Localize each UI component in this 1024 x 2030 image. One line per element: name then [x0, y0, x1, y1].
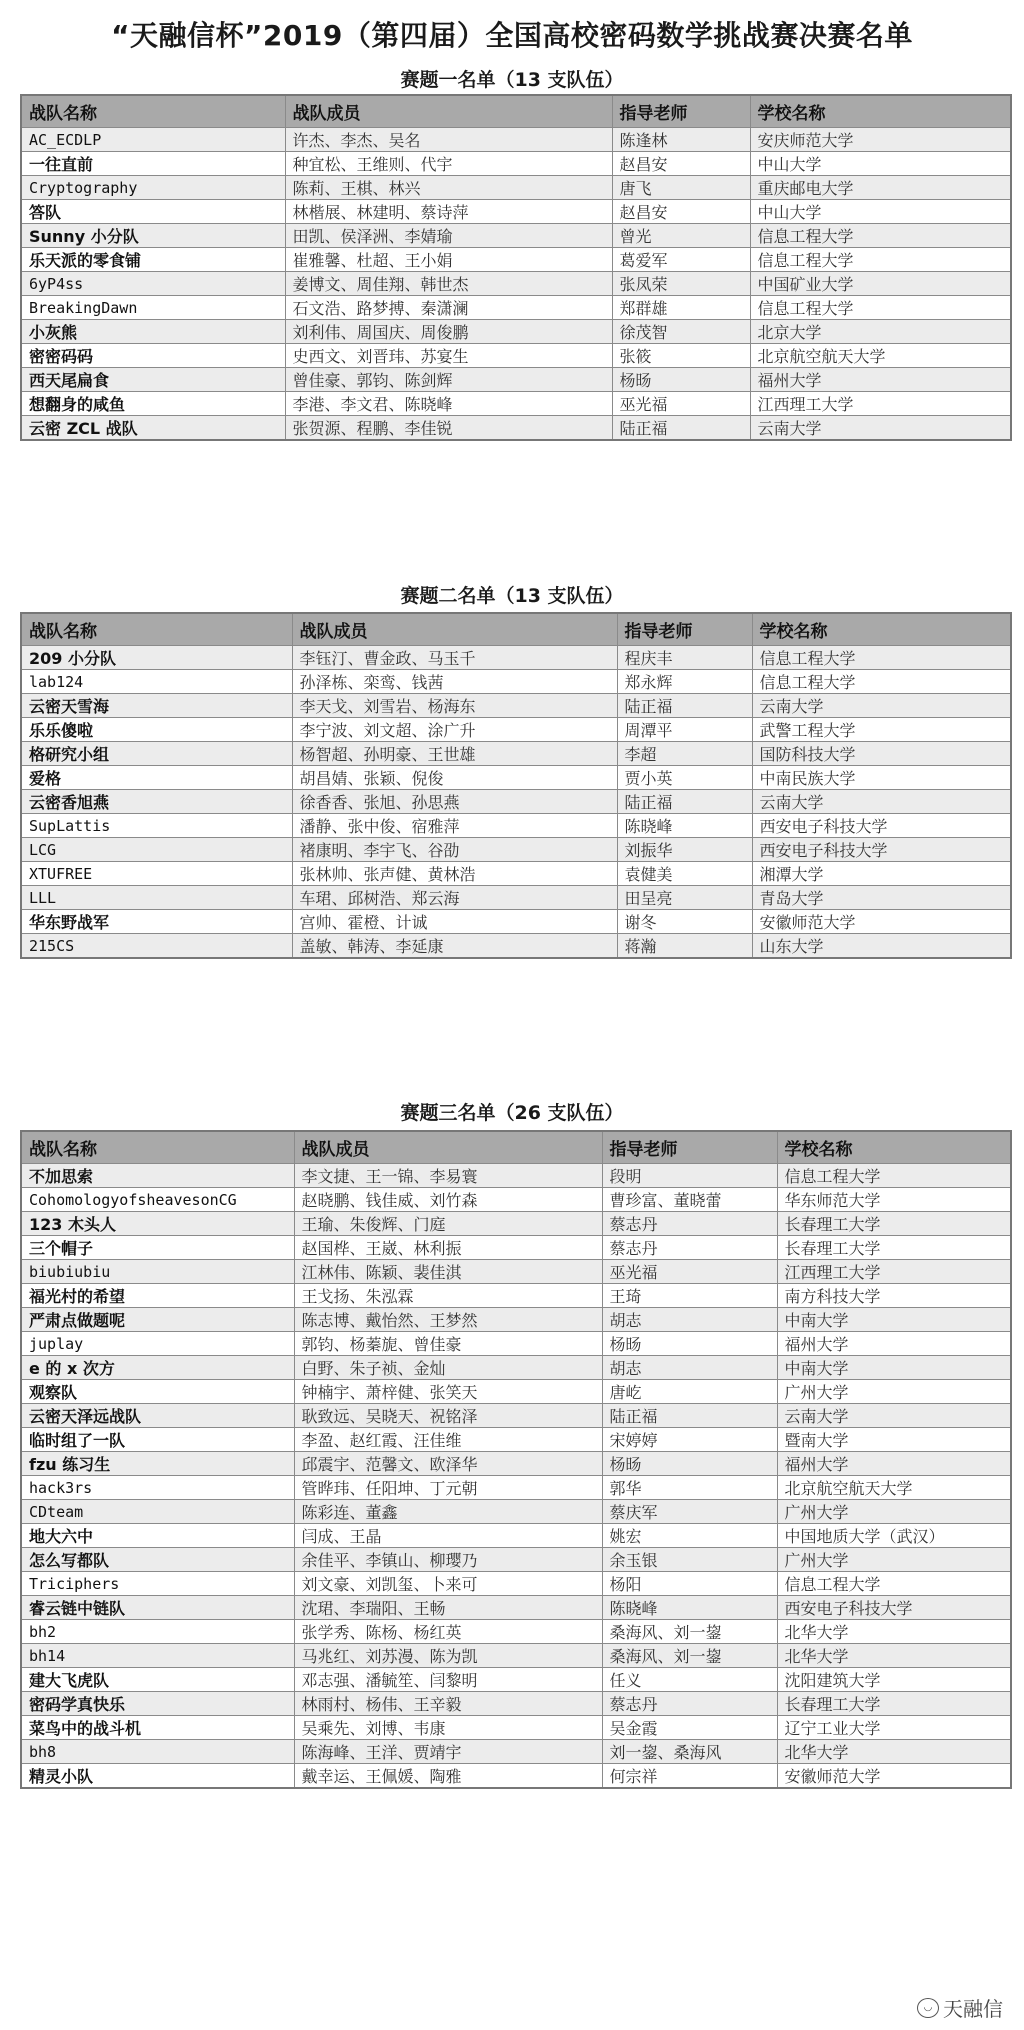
roster-table-1: 战队名称战队成员指导老师学校名称AC_ECDLP许杰、李杰、吴名陈逢林安庆师范大… — [20, 94, 1012, 441]
cell-team-name: 乐乐傻啦 — [21, 718, 292, 742]
cell-advisor: 曹珍富、董晓蕾 — [602, 1188, 777, 1212]
cell-team-name: Sunny 小分队 — [21, 224, 285, 248]
watermark-text: 天融信 — [943, 1993, 1003, 2022]
cell-advisor: 赵昌安 — [612, 152, 750, 176]
cell-advisor: 赵昌安 — [612, 200, 750, 224]
cell-school: 信息工程大学 — [750, 248, 1011, 272]
cell-advisor: 陆正福 — [612, 416, 750, 441]
table-row: 一往直前种宜松、王维则、代宇赵昌安中山大学 — [21, 152, 1011, 176]
cell-team-members: 张学秀、陈杨、杨红英 — [294, 1620, 602, 1644]
cell-team-members: 白野、朱子祯、金灿 — [294, 1356, 602, 1380]
cell-advisor: 刘振华 — [617, 838, 752, 862]
cell-team-name: bh2 — [21, 1620, 294, 1644]
cell-advisor: 巫光福 — [602, 1260, 777, 1284]
cell-school: 青岛大学 — [752, 886, 1011, 910]
table-row: 严肃点做题呢陈志博、戴怡然、王梦然胡志中南大学 — [21, 1308, 1011, 1332]
cell-school: 国防科技大学 — [752, 742, 1011, 766]
wechat-icon: ◡ — [917, 1998, 939, 2018]
cell-team-name: 观察队 — [21, 1380, 294, 1404]
cell-school: 江西理工大学 — [750, 392, 1011, 416]
cell-advisor: 程庆丰 — [617, 646, 752, 670]
cell-team-members: 郭钧、杨蓁旎、曾佳豪 — [294, 1332, 602, 1356]
cell-team-name: Triciphers — [21, 1572, 294, 1596]
cell-school: 云南大学 — [752, 694, 1011, 718]
cell-school: 西安电子科技大学 — [752, 838, 1011, 862]
cell-team-members: 林楷展、林建明、蔡诗萍 — [285, 200, 612, 224]
cell-advisor: 张凤荣 — [612, 272, 750, 296]
table-row: AC_ECDLP许杰、李杰、吴名陈逢林安庆师范大学 — [21, 128, 1011, 152]
column-header-school: 学校名称 — [750, 95, 1011, 128]
cell-team-name: 福光村的希望 — [21, 1284, 294, 1308]
cell-team-name: 6yP4ss — [21, 272, 285, 296]
cell-advisor: 陆正福 — [602, 1404, 777, 1428]
cell-team-name: XTUFREE — [21, 862, 292, 886]
cell-team-members: 林雨村、杨伟、王辛毅 — [294, 1692, 602, 1716]
table-row: 小灰熊刘利伟、周国庆、周俊鹏徐茂智北京大学 — [21, 320, 1011, 344]
cell-team-name: 睿云链中链队 — [21, 1596, 294, 1620]
cell-school: 暨南大学 — [777, 1428, 1011, 1452]
table-row: 6yP4ss姜博文、周佳翔、韩世杰张凤荣中国矿业大学 — [21, 272, 1011, 296]
column-header-school: 学校名称 — [777, 1131, 1011, 1164]
cell-team-members: 杨智超、孙明豪、王世雄 — [292, 742, 617, 766]
table-row: 215CS盖敏、韩涛、李延康蒋瀚山东大学 — [21, 934, 1011, 959]
cell-team-name: 123 木头人 — [21, 1212, 294, 1236]
cell-team-name: 答队 — [21, 200, 285, 224]
cell-school: 北京航空航天大学 — [750, 344, 1011, 368]
table-row: 福光村的希望王戈扬、朱泓霖王琦南方科技大学 — [21, 1284, 1011, 1308]
table-row: 想翻身的咸鱼李港、李文君、陈晓峰巫光福江西理工大学 — [21, 392, 1011, 416]
cell-school: 西安电子科技大学 — [752, 814, 1011, 838]
cell-team-members: 孙泽栋、栾鸾、钱茜 — [292, 670, 617, 694]
cell-team-members: 邓志强、潘毓笙、闫黎明 — [294, 1668, 602, 1692]
cell-school: 重庆邮电大学 — [750, 176, 1011, 200]
cell-advisor: 胡志 — [602, 1308, 777, 1332]
cell-team-name: 密密码码 — [21, 344, 285, 368]
table-header-row: 战队名称战队成员指导老师学校名称 — [21, 613, 1011, 646]
cell-team-members: 潘静、张中俊、宿雅萍 — [292, 814, 617, 838]
cell-team-name: 密码学真快乐 — [21, 1692, 294, 1716]
cell-school: 云南大学 — [750, 416, 1011, 441]
cell-advisor: 贾小英 — [617, 766, 752, 790]
table-row: bh2张学秀、陈杨、杨红英桑海风、刘一鋆北华大学 — [21, 1620, 1011, 1644]
cell-team-name: 西天尾扁食 — [21, 368, 285, 392]
cell-school: 安庆师范大学 — [750, 128, 1011, 152]
cell-advisor: 杨旸 — [602, 1332, 777, 1356]
cell-team-members: 陈志博、戴怡然、王梦然 — [294, 1308, 602, 1332]
table-header-row: 战队名称战队成员指导老师学校名称 — [21, 95, 1011, 128]
cell-advisor: 袁健美 — [617, 862, 752, 886]
cell-advisor: 蒋瀚 — [617, 934, 752, 959]
cell-team-members: 陈海峰、王洋、贾靖宇 — [294, 1740, 602, 1764]
cell-advisor: 郭华 — [602, 1476, 777, 1500]
table-row: 三个帽子赵国桦、王崴、林利振蔡志丹长春理工大学 — [21, 1236, 1011, 1260]
watermark: ◡ 天融信 — [914, 1993, 1006, 2022]
cell-team-members: 陈彩连、董鑫 — [294, 1500, 602, 1524]
cell-team-name: 怎么写都队 — [21, 1548, 294, 1572]
cell-team-name: 云密香旭燕 — [21, 790, 292, 814]
cell-school: 中南大学 — [777, 1308, 1011, 1332]
table-row: LCG褚康明、李宇飞、谷劭刘振华西安电子科技大学 — [21, 838, 1011, 862]
cell-advisor: 姚宏 — [602, 1524, 777, 1548]
cell-team-name: 精灵小队 — [21, 1764, 294, 1789]
cell-school: 安徽师范大学 — [777, 1764, 1011, 1789]
cell-team-name: CohomologyofsheavesonCG — [21, 1188, 294, 1212]
section-title-2: 赛题二名单（13 支队伍） — [0, 581, 1024, 608]
table-row: bh14马兆红、刘苏漫、陈为凯桑海风、刘一鋆北华大学 — [21, 1644, 1011, 1668]
cell-team-members: 盖敏、韩涛、李延康 — [292, 934, 617, 959]
table-row: BreakingDawn石文浩、路梦搏、秦潇澜郑群雄信息工程大学 — [21, 296, 1011, 320]
cell-advisor: 郑群雄 — [612, 296, 750, 320]
cell-team-name: LLL — [21, 886, 292, 910]
cell-team-name: 菜鸟中的战斗机 — [21, 1716, 294, 1740]
table-row: lab124孙泽栋、栾鸾、钱茜郑永辉信息工程大学 — [21, 670, 1011, 694]
column-header-advisor: 指导老师 — [602, 1131, 777, 1164]
cell-team-members: 吴乘先、刘博、韦康 — [294, 1716, 602, 1740]
cell-team-members: 余佳平、李镇山、柳璎乃 — [294, 1548, 602, 1572]
cell-school: 信息工程大学 — [752, 646, 1011, 670]
cell-school: 北华大学 — [777, 1740, 1011, 1764]
cell-school: 中山大学 — [750, 152, 1011, 176]
table-row: 地大六中闫成、王晶姚宏中国地质大学（武汉） — [21, 1524, 1011, 1548]
table-row: Cryptography陈莉、王棋、林兴唐飞重庆邮电大学 — [21, 176, 1011, 200]
table-row: hack3rs管晔玮、任阳坤、丁元朝郭华北京航空航天大学 — [21, 1476, 1011, 1500]
cell-team-name: 地大六中 — [21, 1524, 294, 1548]
table-row: 乐天派的零食铺崔雅馨、杜超、王小娟葛爱军信息工程大学 — [21, 248, 1011, 272]
table-row: 答队林楷展、林建明、蔡诗萍赵昌安中山大学 — [21, 200, 1011, 224]
cell-school: 沈阳建筑大学 — [777, 1668, 1011, 1692]
cell-team-members: 马兆红、刘苏漫、陈为凯 — [294, 1644, 602, 1668]
table-row: juplay郭钧、杨蓁旎、曾佳豪杨旸福州大学 — [21, 1332, 1011, 1356]
table-row: XTUFREE张林帅、张声健、黄林浩袁健美湘潭大学 — [21, 862, 1011, 886]
table-row: 乐乐傻啦李宁波、刘文超、涂广升周潭平武警工程大学 — [21, 718, 1011, 742]
page-title: “天融信杯”2019（第四届）全国高校密码数学挑战赛决赛名单 — [0, 14, 1024, 54]
cell-team-members: 王瑜、朱俊辉、门庭 — [294, 1212, 602, 1236]
cell-team-name: 爱格 — [21, 766, 292, 790]
cell-advisor: 任义 — [602, 1668, 777, 1692]
cell-advisor: 刘一鋆、桑海风 — [602, 1740, 777, 1764]
table-row: 观察队钟楠宇、萧梓健、张笑天唐屹广州大学 — [21, 1380, 1011, 1404]
column-header-advisor: 指导老师 — [617, 613, 752, 646]
cell-advisor: 吴金霞 — [602, 1716, 777, 1740]
cell-team-name: 想翻身的咸鱼 — [21, 392, 285, 416]
cell-team-name: 209 小分队 — [21, 646, 292, 670]
cell-team-members: 邱震宇、范馨文、欧泽华 — [294, 1452, 602, 1476]
cell-team-members: 张贺源、程鹏、李佳锐 — [285, 416, 612, 441]
cell-team-name: BreakingDawn — [21, 296, 285, 320]
cell-team-members: 李宁波、刘文超、涂广升 — [292, 718, 617, 742]
cell-team-members: 车珺、邱树浩、郑云海 — [292, 886, 617, 910]
table-row: Triciphers刘文豪、刘凯玺、卜来可杨阳信息工程大学 — [21, 1572, 1011, 1596]
table-row: 云密天泽远战队耿致远、吴晓天、祝铭泽陆正福云南大学 — [21, 1404, 1011, 1428]
cell-advisor: 蔡志丹 — [602, 1236, 777, 1260]
cell-school: 信息工程大学 — [777, 1164, 1011, 1188]
cell-team-members: 王戈扬、朱泓霖 — [294, 1284, 602, 1308]
section-title-1: 赛题一名单（13 支队伍） — [0, 65, 1024, 92]
table-row: 格研究小组杨智超、孙明豪、王世雄李超国防科技大学 — [21, 742, 1011, 766]
table-row: 睿云链中链队沈珺、李瑞阳、王畅陈晓峰西安电子科技大学 — [21, 1596, 1011, 1620]
cell-team-name: 华东野战军 — [21, 910, 292, 934]
cell-school: 中南民族大学 — [752, 766, 1011, 790]
cell-school: 中国矿业大学 — [750, 272, 1011, 296]
cell-advisor: 宋婷婷 — [602, 1428, 777, 1452]
table-header-row: 战队名称战队成员指导老师学校名称 — [21, 1131, 1011, 1164]
cell-team-members: 宫帅、霍橙、计诚 — [292, 910, 617, 934]
table-row: CohomologyofsheavesonCG赵晓鹏、钱佳威、刘竹森曹珍富、董晓… — [21, 1188, 1011, 1212]
cell-team-name: 一往直前 — [21, 152, 285, 176]
cell-team-name: 格研究小组 — [21, 742, 292, 766]
cell-advisor: 谢冬 — [617, 910, 752, 934]
cell-team-members: 刘利伟、周国庆、周俊鹏 — [285, 320, 612, 344]
cell-advisor: 段明 — [602, 1164, 777, 1188]
cell-advisor: 曾光 — [612, 224, 750, 248]
table-row: 密密码码史西文、刘晋玮、苏宴生张筱北京航空航天大学 — [21, 344, 1011, 368]
table-row: 临时组了一队李盈、赵红霞、汪佳维宋婷婷暨南大学 — [21, 1428, 1011, 1452]
cell-advisor: 蔡志丹 — [602, 1212, 777, 1236]
cell-school: 广州大学 — [777, 1548, 1011, 1572]
cell-team-members: 石文浩、路梦搏、秦潇澜 — [285, 296, 612, 320]
cell-team-name: 小灰熊 — [21, 320, 285, 344]
cell-school: 北华大学 — [777, 1644, 1011, 1668]
cell-team-name: biubiubiu — [21, 1260, 294, 1284]
cell-team-members: 史西文、刘晋玮、苏宴生 — [285, 344, 612, 368]
cell-team-members: 赵晓鹏、钱佳威、刘竹森 — [294, 1188, 602, 1212]
table-row: 云密 ZCL 战队张贺源、程鹏、李佳锐陆正福云南大学 — [21, 416, 1011, 441]
table-row: Sunny 小分队田凯、侯泽洲、李婧瑜曾光信息工程大学 — [21, 224, 1011, 248]
section-title-3: 赛题三名单（26 支队伍） — [0, 1098, 1024, 1125]
cell-school: 信息工程大学 — [750, 296, 1011, 320]
table-row: fzu 练习生邱震宇、范馨文、欧泽华杨旸福州大学 — [21, 1452, 1011, 1476]
table-row: bh8陈海峰、王洋、贾靖宇刘一鋆、桑海风北华大学 — [21, 1740, 1011, 1764]
cell-team-members: 李天戈、刘雪岩、杨海东 — [292, 694, 617, 718]
cell-school: 北京航空航天大学 — [777, 1476, 1011, 1500]
cell-advisor: 陈逢林 — [612, 128, 750, 152]
cell-school: 山东大学 — [752, 934, 1011, 959]
cell-school: 广州大学 — [777, 1380, 1011, 1404]
cell-team-members: 江林伟、陈颖、裴佳淇 — [294, 1260, 602, 1284]
cell-advisor: 陆正福 — [617, 790, 752, 814]
cell-team-name: 三个帽子 — [21, 1236, 294, 1260]
cell-advisor: 周潭平 — [617, 718, 752, 742]
cell-team-name: 严肃点做题呢 — [21, 1308, 294, 1332]
cell-school: 北京大学 — [750, 320, 1011, 344]
roster-table-3: 战队名称战队成员指导老师学校名称不加思索李文捷、王一锦、李易寰段明信息工程大学C… — [20, 1130, 1012, 1789]
cell-advisor: 杨旸 — [602, 1452, 777, 1476]
cell-advisor: 蔡志丹 — [602, 1692, 777, 1716]
cell-team-members: 李钰汀、曹金政、马玉千 — [292, 646, 617, 670]
cell-advisor: 桑海风、刘一鋆 — [602, 1644, 777, 1668]
table-row: LLL车珺、邱树浩、郑云海田呈亮青岛大学 — [21, 886, 1011, 910]
cell-team-name: 临时组了一队 — [21, 1428, 294, 1452]
cell-team-name: 云密 ZCL 战队 — [21, 416, 285, 441]
cell-advisor: 陈晓峰 — [602, 1596, 777, 1620]
cell-team-members: 种宜松、王维则、代宇 — [285, 152, 612, 176]
cell-team-members: 胡昌婧、张颖、倪俊 — [292, 766, 617, 790]
table-row: SupLattis潘静、张中俊、宿雅萍陈晓峰西安电子科技大学 — [21, 814, 1011, 838]
cell-school: 长春理工大学 — [777, 1692, 1011, 1716]
cell-school: 广州大学 — [777, 1500, 1011, 1524]
cell-team-name: 215CS — [21, 934, 292, 959]
column-header-team-members: 战队成员 — [292, 613, 617, 646]
table-row: 云密香旭燕徐香香、张旭、孙思燕陆正福云南大学 — [21, 790, 1011, 814]
cell-team-members: 崔雅馨、杜超、王小娟 — [285, 248, 612, 272]
cell-team-members: 张林帅、张声健、黄林浩 — [292, 862, 617, 886]
cell-team-members: 徐香香、张旭、孙思燕 — [292, 790, 617, 814]
table-row: 爱格胡昌婧、张颖、倪俊贾小英中南民族大学 — [21, 766, 1011, 790]
cell-advisor: 巫光福 — [612, 392, 750, 416]
cell-advisor: 徐茂智 — [612, 320, 750, 344]
cell-team-name: hack3rs — [21, 1476, 294, 1500]
cell-team-members: 闫成、王晶 — [294, 1524, 602, 1548]
column-header-team-name: 战队名称 — [21, 95, 285, 128]
cell-school: 安徽师范大学 — [752, 910, 1011, 934]
cell-school: 中山大学 — [750, 200, 1011, 224]
column-header-team-name: 战队名称 — [21, 1131, 294, 1164]
cell-team-members: 陈莉、王棋、林兴 — [285, 176, 612, 200]
cell-advisor: 蔡庆军 — [602, 1500, 777, 1524]
cell-school: 长春理工大学 — [777, 1212, 1011, 1236]
cell-team-members: 李文捷、王一锦、李易寰 — [294, 1164, 602, 1188]
table-row: 密码学真快乐林雨村、杨伟、王辛毅蔡志丹长春理工大学 — [21, 1692, 1011, 1716]
table-row: 西天尾扁食曾佳豪、郭钧、陈剑辉杨旸福州大学 — [21, 368, 1011, 392]
cell-school: 西安电子科技大学 — [777, 1596, 1011, 1620]
cell-school: 云南大学 — [752, 790, 1011, 814]
cell-school: 信息工程大学 — [752, 670, 1011, 694]
column-header-team-members: 战队成员 — [294, 1131, 602, 1164]
cell-team-members: 戴幸运、王佩媛、陶雅 — [294, 1764, 602, 1789]
cell-advisor: 余玉银 — [602, 1548, 777, 1572]
cell-advisor: 王琦 — [602, 1284, 777, 1308]
table-row: biubiubiu江林伟、陈颖、裴佳淇巫光福江西理工大学 — [21, 1260, 1011, 1284]
cell-school: 中国地质大学（武汉） — [777, 1524, 1011, 1548]
cell-team-members: 赵国桦、王崴、林利振 — [294, 1236, 602, 1260]
cell-team-members: 李盈、赵红霞、汪佳维 — [294, 1428, 602, 1452]
cell-team-name: bh14 — [21, 1644, 294, 1668]
cell-school: 北华大学 — [777, 1620, 1011, 1644]
cell-team-members: 褚康明、李宇飞、谷劭 — [292, 838, 617, 862]
cell-team-name: 不加思索 — [21, 1164, 294, 1188]
roster-table-2: 战队名称战队成员指导老师学校名称209 小分队李钰汀、曹金政、马玉千程庆丰信息工… — [20, 612, 1012, 959]
cell-school: 福州大学 — [777, 1452, 1011, 1476]
cell-school: 辽宁工业大学 — [777, 1716, 1011, 1740]
cell-advisor: 陈晓峰 — [617, 814, 752, 838]
cell-team-name: e 的 x 次方 — [21, 1356, 294, 1380]
cell-school: 江西理工大学 — [777, 1260, 1011, 1284]
table-row: 123 木头人王瑜、朱俊辉、门庭蔡志丹长春理工大学 — [21, 1212, 1011, 1236]
table-row: CDteam陈彩连、董鑫蔡庆军广州大学 — [21, 1500, 1011, 1524]
cell-school: 中南大学 — [777, 1356, 1011, 1380]
table-row: 华东野战军宫帅、霍橙、计诚谢冬安徽师范大学 — [21, 910, 1011, 934]
table-row: 建大飞虎队邓志强、潘毓笙、闫黎明任义沈阳建筑大学 — [21, 1668, 1011, 1692]
cell-team-members: 许杰、李杰、吴名 — [285, 128, 612, 152]
cell-school: 福州大学 — [750, 368, 1011, 392]
table-row: 怎么写都队余佳平、李镇山、柳璎乃余玉银广州大学 — [21, 1548, 1011, 1572]
cell-advisor: 唐屹 — [602, 1380, 777, 1404]
cell-advisor: 杨阳 — [602, 1572, 777, 1596]
cell-school: 武警工程大学 — [752, 718, 1011, 742]
table-row: 不加思索李文捷、王一锦、李易寰段明信息工程大学 — [21, 1164, 1011, 1188]
cell-advisor: 葛爱军 — [612, 248, 750, 272]
cell-advisor: 陆正福 — [617, 694, 752, 718]
cell-team-name: Cryptography — [21, 176, 285, 200]
cell-advisor: 桑海风、刘一鋆 — [602, 1620, 777, 1644]
column-header-team-members: 战队成员 — [285, 95, 612, 128]
cell-team-members: 耿致远、吴晓天、祝铭泽 — [294, 1404, 602, 1428]
cell-team-name: 云密天雪海 — [21, 694, 292, 718]
column-header-advisor: 指导老师 — [612, 95, 750, 128]
column-header-school: 学校名称 — [752, 613, 1011, 646]
cell-advisor: 杨旸 — [612, 368, 750, 392]
cell-team-members: 沈珺、李瑞阳、王畅 — [294, 1596, 602, 1620]
cell-team-name: 乐天派的零食铺 — [21, 248, 285, 272]
cell-team-members: 钟楠宇、萧梓健、张笑天 — [294, 1380, 602, 1404]
cell-team-name: AC_ECDLP — [21, 128, 285, 152]
cell-school: 华东师范大学 — [777, 1188, 1011, 1212]
cell-school: 长春理工大学 — [777, 1236, 1011, 1260]
cell-team-members: 田凯、侯泽洲、李婧瑜 — [285, 224, 612, 248]
cell-team-name: 云密天泽远战队 — [21, 1404, 294, 1428]
cell-team-name: lab124 — [21, 670, 292, 694]
cell-school: 南方科技大学 — [777, 1284, 1011, 1308]
cell-team-members: 曾佳豪、郭钧、陈剑辉 — [285, 368, 612, 392]
cell-team-members: 李港、李文君、陈晓峰 — [285, 392, 612, 416]
cell-team-name: LCG — [21, 838, 292, 862]
cell-school: 云南大学 — [777, 1404, 1011, 1428]
cell-advisor: 唐飞 — [612, 176, 750, 200]
cell-team-members: 姜博文、周佳翔、韩世杰 — [285, 272, 612, 296]
cell-team-members: 管晔玮、任阳坤、丁元朝 — [294, 1476, 602, 1500]
cell-team-name: fzu 练习生 — [21, 1452, 294, 1476]
cell-team-name: 建大飞虎队 — [21, 1668, 294, 1692]
cell-school: 福州大学 — [777, 1332, 1011, 1356]
cell-team-name: juplay — [21, 1332, 294, 1356]
cell-school: 湘潭大学 — [752, 862, 1011, 886]
cell-team-members: 刘文豪、刘凯玺、卜来可 — [294, 1572, 602, 1596]
cell-team-name: CDteam — [21, 1500, 294, 1524]
cell-advisor: 田呈亮 — [617, 886, 752, 910]
table-row: 菜鸟中的战斗机吴乘先、刘博、韦康吴金霞辽宁工业大学 — [21, 1716, 1011, 1740]
cell-school: 信息工程大学 — [750, 224, 1011, 248]
cell-advisor: 何宗祥 — [602, 1764, 777, 1789]
cell-advisor: 胡志 — [602, 1356, 777, 1380]
column-header-team-name: 战队名称 — [21, 613, 292, 646]
table-row: 精灵小队戴幸运、王佩媛、陶雅何宗祥安徽师范大学 — [21, 1764, 1011, 1789]
cell-advisor: 张筱 — [612, 344, 750, 368]
table-row: 209 小分队李钰汀、曹金政、马玉千程庆丰信息工程大学 — [21, 646, 1011, 670]
cell-advisor: 郑永辉 — [617, 670, 752, 694]
table-row: e 的 x 次方白野、朱子祯、金灿胡志中南大学 — [21, 1356, 1011, 1380]
cell-team-name: bh8 — [21, 1740, 294, 1764]
cell-advisor: 李超 — [617, 742, 752, 766]
cell-team-name: SupLattis — [21, 814, 292, 838]
table-row: 云密天雪海李天戈、刘雪岩、杨海东陆正福云南大学 — [21, 694, 1011, 718]
cell-school: 信息工程大学 — [777, 1572, 1011, 1596]
